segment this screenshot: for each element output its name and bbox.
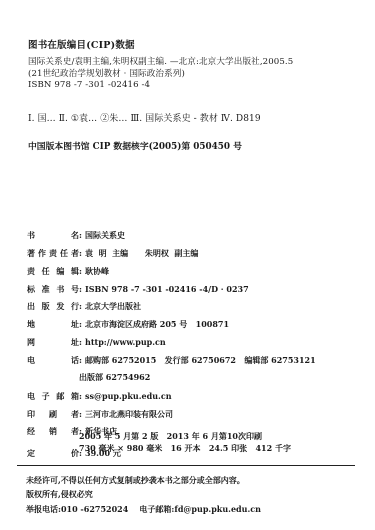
info-value: http://www.pup.cn — [85, 337, 166, 347]
footer-notice: 未经许可,不得以任何方式复制或抄袭本书之部分或全部内容。 — [26, 475, 245, 486]
info-row-publisher: 出版发行:北京大学出版社 — [27, 301, 141, 312]
info-label: 出版发行 — [27, 301, 79, 312]
cip-line-isbn: ISBN 978 -7 -301 -02416 -4 — [28, 80, 150, 90]
info-row-authors: 著作责任者:袁 明 主编 朱明权 副主编 — [27, 248, 198, 259]
info-row-website: 网址:http://www.pup.cn — [27, 337, 166, 348]
info-row-isbn: 标准书号:ISBN 978 -7 -301 -02416 -4/D · 0237 — [27, 284, 249, 295]
info-value: 北京大学出版社 — [85, 301, 141, 312]
info-row-email: 电子邮箱:ss@pup.pku.edu.cn — [27, 391, 172, 402]
info-label: 地址 — [27, 319, 79, 330]
divider — [17, 465, 355, 466]
info-value: 国际关系史 — [85, 230, 125, 241]
info-label: 印刷者 — [27, 409, 79, 420]
info-value: ss@pup.pku.edu.cn — [85, 391, 172, 401]
cip-line-series: (21世纪政治学规划教材 · 国际政治系列) — [28, 67, 185, 79]
info-label: 著作责任者 — [27, 248, 79, 259]
info-label: 网址 — [27, 337, 79, 348]
info-label: 责任编辑 — [27, 266, 79, 277]
footer-copyright: 版权所有,侵权必究 — [26, 489, 93, 500]
info-label: 定价 — [27, 448, 79, 459]
info-value: 袁 明 主编 朱明权 副主编 — [85, 248, 198, 259]
footer-report: 举报电话:010 -62752024 电子邮箱:fd@pup.pku.edu.c… — [26, 504, 261, 515]
info-value: 39.00 元 — [85, 448, 121, 459]
info-row-edition: 2005 年 5 月第 2 版 2013 年 6 月第10次印刷 — [79, 431, 262, 442]
info-label: 电话 — [27, 355, 79, 366]
info-row-phone-2: 出版部 62754962 — [79, 372, 150, 383]
info-row-title: 书名:国际关系史 — [27, 230, 125, 241]
cip-line-classification: Ⅰ. 国… Ⅱ. ①袁… ②朱… Ⅲ. 国际关系史 - 教材 Ⅳ. D819 — [28, 111, 261, 124]
info-label: 经销者 — [27, 426, 79, 437]
info-row-address: 地址:北京市海淀区成府路 205 号 100871 — [27, 319, 229, 330]
info-row-phone: 电话:邮购部 62752015 发行部 62750672 编辑部 6275312… — [27, 355, 316, 366]
info-row-editor: 责任编辑:耿协峰 — [27, 266, 109, 277]
info-value: 耿协峰 — [85, 266, 109, 277]
info-label: 标准书号 — [27, 284, 79, 295]
info-value: 邮购部 62752015 发行部 62750672 编辑部 62753121 — [85, 355, 316, 366]
info-row-price: 定价:39.00 元 — [27, 448, 121, 459]
cip-line-title-author: 国际关系史/袁明主编,朱明权副主编. —北京:北京大学出版社,2005.5 — [28, 55, 293, 67]
info-value: ISBN 978 -7 -301 -02416 -4/D · 0237 — [85, 284, 249, 294]
cip-title: 图书在版编目(CIP)数据 — [28, 37, 135, 51]
info-label: 电子邮箱 — [27, 391, 79, 402]
cip-cn-record: 中国版本图书馆 CIP 数据核字(2005)第 050450 号 — [28, 139, 242, 152]
info-value: 三河市北燕印装有限公司 — [85, 409, 173, 420]
info-value: 北京市海淀区成府路 205 号 100871 — [85, 319, 229, 330]
info-label: 书名 — [27, 230, 79, 241]
info-row-printer: 印刷者:三河市北燕印装有限公司 — [27, 409, 173, 420]
